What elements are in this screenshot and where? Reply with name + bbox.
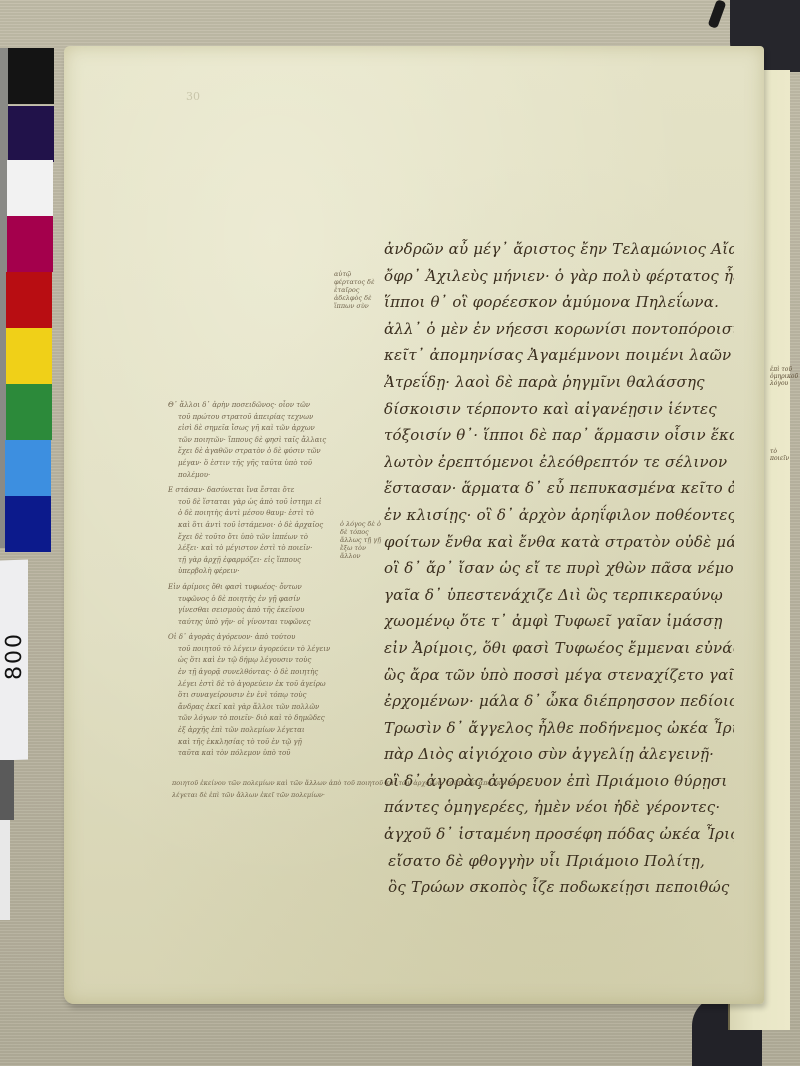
scholion-line: ἐξ ἀρχῆς ἐπὶ τῶν πολεμίων λέγεται bbox=[168, 725, 384, 737]
verse-line: κεῖτ᾽ ἀπομηνίσας Ἀγαμέμνονι ποιμένι λαῶν bbox=[384, 342, 734, 369]
verse-line: ἀγχοῦ δ᾽ ἱσταμένη προσέφη πόδας ὠκέα Ἶρι… bbox=[384, 821, 734, 848]
swatch-magenta bbox=[7, 216, 53, 272]
swatch-indigo bbox=[8, 106, 54, 162]
scholion-line: μέγαν· ὅ ἐστιν τῆς γῆς ταῦτα ὑπὸ τοῦ bbox=[168, 458, 384, 470]
verse-line: ἐρχομένων· μάλα δ᾽ ὦκα διέπρησσον πεδίοι… bbox=[384, 688, 734, 715]
swatch-black bbox=[8, 48, 54, 104]
verse-line: πὰρ Διὸς αἰγιόχοιο σὺν ἀγγελίῃ ἀλεγεινῇ· bbox=[384, 741, 734, 768]
scholion-line: ὑπερβολὴ φέρειν· bbox=[168, 566, 384, 578]
scholion-footer-line: ποιητοῦ ἐκείνου τῶν πολεμίων καὶ τῶν ἄλλ… bbox=[172, 778, 672, 790]
label-white-strip bbox=[0, 820, 10, 920]
facing-gloss: τὸ ποιεῖν bbox=[770, 448, 792, 462]
swatch-light-blue bbox=[5, 440, 51, 496]
scholion-line: ταύτης ὑπὸ γῆν· οἱ γίνονται τυφῶνες bbox=[168, 617, 384, 629]
swatch-navy bbox=[5, 496, 51, 552]
scholion-line: καὶ τῆς ἐκκλησίας τὸ τοῦ ἐν τῷ γῇ bbox=[168, 737, 384, 749]
scholion-line: Οἱ δ᾽ ἀγορὰς ἀγόρευον· ἀπὸ τούτου bbox=[168, 632, 384, 644]
color-calibration-card bbox=[0, 48, 56, 548]
shelfmark-label-text: 800 bbox=[2, 632, 27, 681]
scholion-line: Εἰν ἀρίμοις ὅθι φασὶ τυφωέος· ὄντων bbox=[168, 582, 384, 594]
verse-line: φοίτων ἔνθα καὶ ἔνθα κατὰ στρατὸν οὐδὲ μ… bbox=[384, 529, 734, 556]
scholion-line: πολέμου· bbox=[168, 470, 384, 482]
verse-line: ἀλλ᾽ ὁ μὲν ἐν νήεσσι κορωνίσι ποντοπόροι… bbox=[384, 316, 734, 343]
verse-line: ἀνδρῶν αὖ μέγ᾽ ἄριστος ἔην Τελαμώνιος Αἴ… bbox=[384, 236, 734, 263]
verse-line: ἐν κλισίῃς· οἳ δ᾽ ἀρχὸν ἀρηΐφιλον ποθέον… bbox=[384, 502, 734, 529]
scholion-line: τοῦ ποιητοῦ τὸ λέγειν ἀγορεύειν τὸ λέγει… bbox=[168, 644, 384, 656]
interlinear-gloss: αὐτῷ φέρτατος δὲ ἑταῖρος ἀδελφὸς δὲ ἵππω… bbox=[334, 270, 382, 310]
verse-line: ἕστασαν· ἅρματα δ᾽ εὖ πεπυκασμένα κεῖτο … bbox=[384, 475, 734, 502]
verse-line: δίσκοισιν τέρποντο καὶ αἰγανέῃσιν ἱέντες bbox=[384, 396, 734, 423]
scholion-line: ὡς ὅτι καὶ ἐν τῷ δήμῳ λέγουσιν τοὺς bbox=[168, 655, 384, 667]
scholion-line: λέγει ἐστὶ δὲ τὸ ἀγορεύειν ἐκ τοῦ ἀγείρω bbox=[168, 679, 384, 691]
label-grey-strip bbox=[0, 760, 14, 820]
swatch-red bbox=[6, 272, 52, 328]
verse-line: εἰν Ἀρίμοις, ὅθι φασὶ Τυφωέος ἔμμεναι εὐ… bbox=[384, 635, 734, 662]
verse-line: ὃς Τρώων σκοπὸς ἷζε ποδωκείῃσι πεποιθώς bbox=[384, 874, 734, 901]
verse-line: εἴσατο δὲ φθογγὴν υἷι Πριάμοιο Πολίτῃ, bbox=[384, 848, 734, 875]
swatch-white bbox=[7, 160, 53, 216]
scholion-line: τοῦ δὲ ἵσταται γὰρ ὡς ἀπὸ τοῦ ἱστημι εἰ bbox=[168, 497, 384, 509]
scholion-line: τυφῶνος ὁ δὲ ποιητὴς ἐν γῇ φασίν bbox=[168, 594, 384, 606]
scholion-line: ταῦτα καὶ τὸν πόλεμον ὑπὸ τοῦ bbox=[168, 748, 384, 760]
scholia-footer: ποιητοῦ ἐκείνου τῶν πολεμίων καὶ τῶν ἄλλ… bbox=[172, 778, 672, 801]
swatch-yellow bbox=[6, 328, 52, 384]
scholion-line: τῇ γὰρ ἀρχῇ ἐφαρμόζει· εἰς ἵππους bbox=[168, 555, 384, 567]
scholion-line: ὅτι συναγείρουσιν ἐν ἑνὶ τόπῳ τοὺς bbox=[168, 690, 384, 702]
scholion-line: λέξει· καὶ τὸ μέγιστον ἐστὶ τὸ ποιεῖν· bbox=[168, 543, 384, 555]
scholion-line: ἔχει δὲ τοῦτο ὅτι ὑπὸ τῶν ἱππέων τὸ bbox=[168, 532, 384, 544]
scholion-footer-line: λέγεται δὲ ἐπὶ τῶν ἄλλων ἐκεῖ τῶν πολεμί… bbox=[172, 790, 672, 802]
verse-line: ἵπποι θ᾽ οἳ φορέεσκον ἀμύμονα Πηλεΐωνα. bbox=[384, 289, 734, 316]
marginal-scholia: Θ᾽ ἄλλοι δ᾽ ἀρὴν ποσειδῶνος· οἷον τῶντοῦ… bbox=[168, 400, 384, 764]
folio-number: 30 bbox=[186, 90, 200, 103]
verse-line: οἳ δ᾽ ἄρ᾽ ἴσαν ὡς εἴ τε πυρὶ χθὼν πᾶσα ν… bbox=[384, 555, 734, 582]
verse-line: ὣς ἄρα τῶν ὑπὸ ποσσὶ μέγα στεναχίζετο γα… bbox=[384, 662, 734, 689]
verse-line: ὄφρ᾽ Ἀχιλεὺς μήνιεν· ὁ γὰρ πολὺ φέρτατος… bbox=[384, 263, 734, 290]
verse-line: τόξοισίν θ᾽· ἵπποι δὲ παρ᾽ ἅρμασιν οἷσιν… bbox=[384, 422, 734, 449]
verse-line: Ἀτρεΐδῃ· λαοὶ δὲ παρὰ ῥηγμῖνι θαλάσσης bbox=[384, 369, 734, 396]
scholion-line: εἰσὶ δὲ σημεῖα ἴσως γῆ καὶ τῶν ἀρχων bbox=[168, 423, 384, 435]
swatch-green bbox=[6, 384, 52, 440]
scholion-line: Θ᾽ ἄλλοι δ᾽ ἀρὴν ποσειδῶνος· οἷον τῶν bbox=[168, 400, 384, 412]
shelfmark-label: 800 bbox=[0, 560, 28, 761]
scholion-line: τοῦ πρώτου στρατοῦ ἀπειρίας τεχνων bbox=[168, 412, 384, 424]
verse-line: Τρωσὶν δ᾽ ἄγγελος ἦλθε ποδήνεμος ὠκέα Ἶρ… bbox=[384, 715, 734, 742]
scholion-line: ἔχει δὲ ἀγαθῶν στρατὸν ὁ δὲ φύσιν τῶν bbox=[168, 446, 384, 458]
scholion-line: ὁ δὲ ποιητὴς ἀντὶ μέσου θαυμ· ἐστὶ τὸ bbox=[168, 508, 384, 520]
scholion-line: γίνεσθαι σεισμοὺς ἀπὸ τῆς ἐκεῖνου bbox=[168, 605, 384, 617]
scholion-line: καὶ ὅτι ἀντὶ τοῦ ἱστάμενοι· ὁ δὲ ἀρχαῖος bbox=[168, 520, 384, 532]
verse-line: λωτὸν ἐρεπτόμενοι ἐλεόθρεπτόν τε σέλινον bbox=[384, 449, 734, 476]
verse-line: γαῖα δ᾽ ὑπεστενάχιζε Διὶ ὣς τερπικεραύνῳ bbox=[384, 582, 734, 609]
facing-gloss: ἐπὶ τοῦ ὁμηρικοῦ λόγου bbox=[770, 366, 792, 387]
scholion-line: ἄνδρας ἐκεῖ καὶ γὰρ ἄλλοι τῶν πολλῶν bbox=[168, 702, 384, 714]
scholion-line: Ε στάσαν· δασύνεται ἵνα ἔσται ὅτε bbox=[168, 485, 384, 497]
scholion-line: ἐν τῇ ἀγορᾷ συνελθόντας· ὁ δὲ ποιητὴς bbox=[168, 667, 384, 679]
scholion-line: τῶν λόγων τὸ ποιεῖν· διὸ καὶ τὸ δημῶδες bbox=[168, 713, 384, 725]
scholion-line: τῶν ποιητῶν· ἵππους δὲ φησὶ ταῖς ἄλλαις bbox=[168, 435, 384, 447]
verse-line: χωομένῳ ὅτε τ᾽ ἀμφὶ Τυφωεῖ γαῖαν ἱμάσσῃ bbox=[384, 608, 734, 635]
